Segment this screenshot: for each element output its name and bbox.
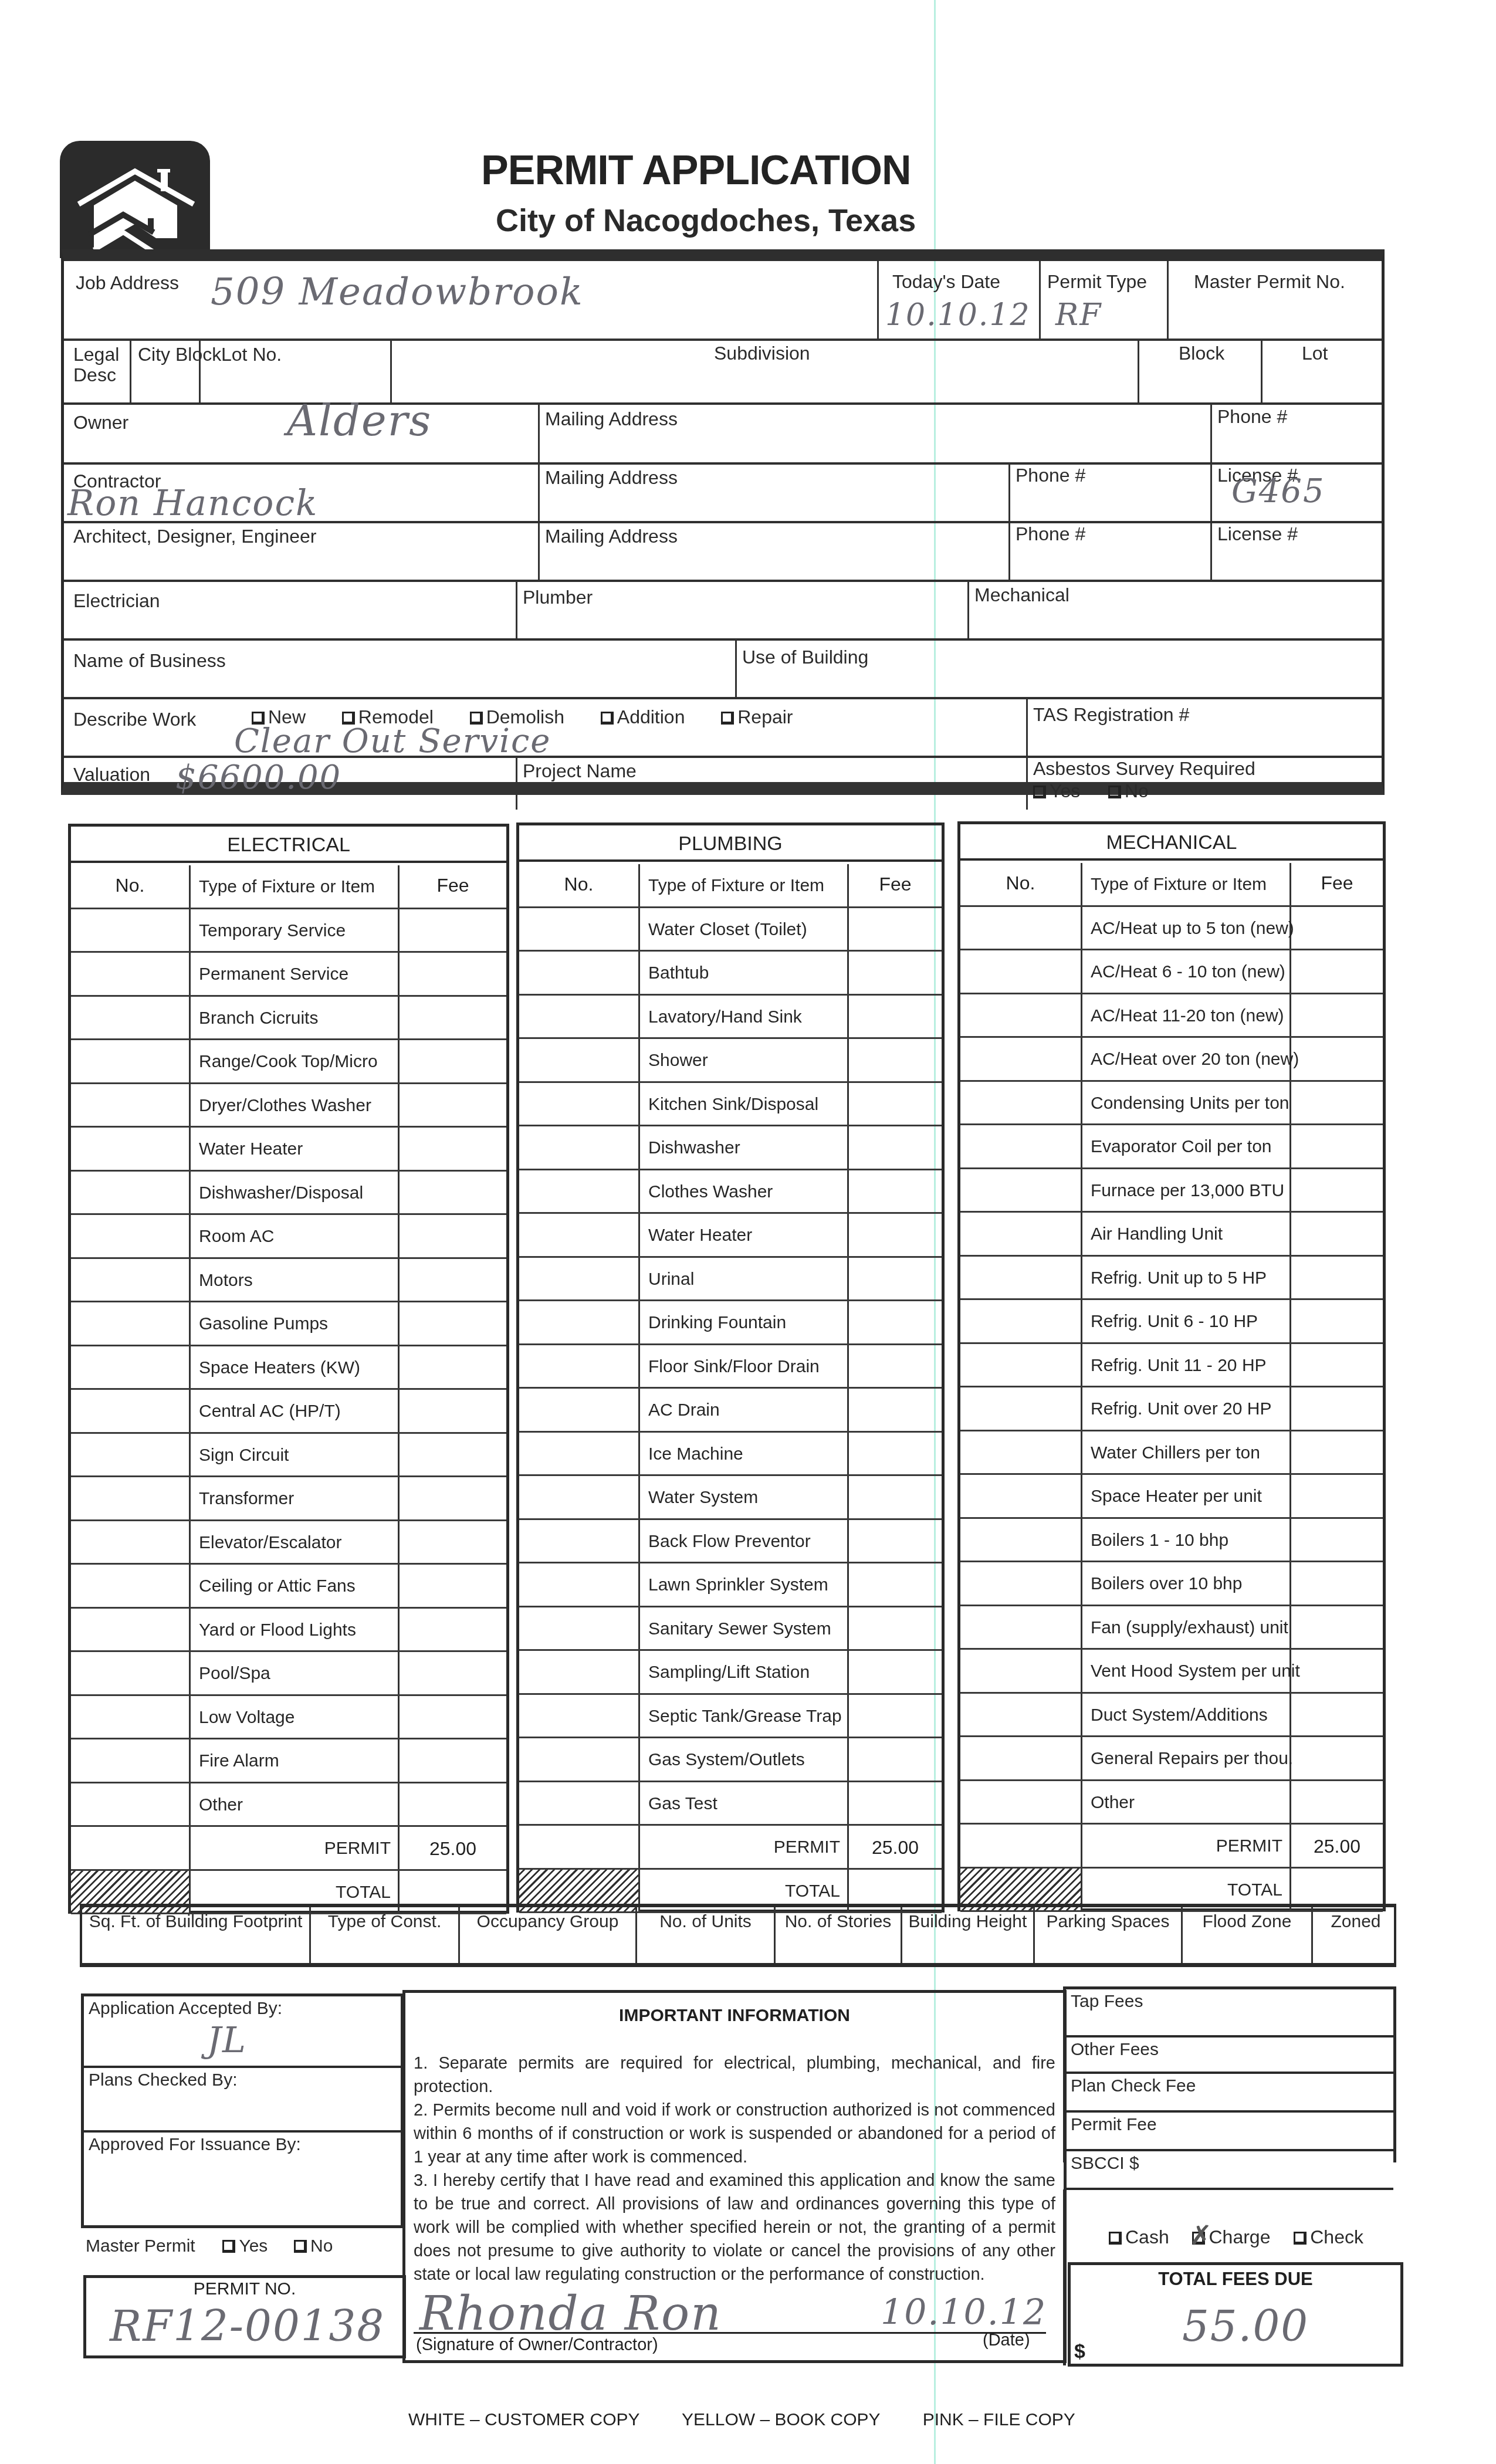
item-count-field[interactable] (519, 1607, 640, 1650)
city-logo (60, 141, 210, 258)
table-row: Central AC (HP/T) (71, 1390, 506, 1434)
todays-date-value[interactable]: 10.10.12 (885, 297, 1031, 333)
permit-no-value[interactable]: RF12-00138 (110, 2301, 385, 2351)
item-fee-field[interactable] (400, 1172, 506, 1214)
building-info-field[interactable]: Zoned (1313, 1907, 1399, 1963)
use-of-building-label: Use of Building (742, 647, 868, 668)
item-fee-field[interactable] (400, 953, 506, 995)
plan-check-fee-label: Plan Check Fee (1071, 2076, 1196, 2096)
item-count-field[interactable] (960, 1213, 1082, 1255)
info-item-3: 3. I hereby certify that I have read and… (414, 2169, 1055, 2286)
permit-label: PERMIT (640, 1826, 849, 1868)
table-row: Motors (71, 1259, 506, 1303)
fees-box: Tap Fees Other Fees Plan Check Fee Permi… (1063, 1986, 1396, 2162)
item-count-field[interactable] (519, 1651, 640, 1693)
business-name-label: Name of Business (73, 651, 226, 671)
item-fee-field[interactable] (400, 1477, 506, 1519)
table-row: General Repairs per thou. (960, 1737, 1383, 1781)
item-count-field[interactable] (71, 1609, 191, 1651)
signature-date-value[interactable]: 10.10.12 (881, 2292, 1047, 2333)
table-row: Space Heater per unit (960, 1475, 1383, 1519)
item-fee-field[interactable] (849, 1782, 942, 1825)
item-label: Refrig. Unit 6 - 10 HP (1082, 1300, 1291, 1342)
item-count-field[interactable] (960, 1606, 1082, 1649)
item-label: AC/Heat over 20 ton (new) (1082, 1038, 1291, 1080)
item-count-field[interactable] (71, 1346, 191, 1389)
table-row: Refrig. Unit 6 - 10 HP (960, 1300, 1383, 1344)
item-fee-field[interactable] (849, 1651, 942, 1693)
item-count-field[interactable] (519, 1389, 640, 1431)
building-info-field[interactable]: Sq. Ft. of Building Footprint (82, 1907, 311, 1963)
table-row: AC/Heat up to 5 ton (new) (960, 907, 1383, 951)
item-count-field[interactable] (519, 996, 640, 1038)
table-row: Boilers over 10 bhp (960, 1562, 1383, 1606)
table-row: Dishwasher (519, 1126, 942, 1170)
owner-phone-label: Phone # (1217, 407, 1287, 427)
table-title: ELECTRICAL (71, 827, 506, 863)
item-label: Septic Tank/Grease Trap (640, 1695, 849, 1737)
table-row: Urinal (519, 1258, 942, 1302)
item-label: Water Heater (640, 1214, 849, 1256)
table-row: Floor Sink/Floor Drain (519, 1345, 942, 1389)
building-info-field[interactable]: Flood Zone (1183, 1907, 1313, 1963)
permit-label: PERMIT (1082, 1825, 1291, 1867)
checkbox-master-yes[interactable]: Yes (222, 2236, 268, 2256)
item-fee-field[interactable] (849, 1607, 942, 1650)
item-fee-field[interactable] (400, 1128, 506, 1170)
item-fee-field[interactable] (1291, 1694, 1383, 1736)
item-label: Refrig. Unit 11 - 20 HP (1082, 1344, 1291, 1386)
table-row: PERMIT25.00 (71, 1827, 506, 1871)
table-row: Septic Tank/Grease Trap (519, 1695, 942, 1739)
item-count-field[interactable] (960, 1082, 1082, 1124)
master-permit-label: Master Permit (86, 2236, 195, 2256)
item-label: Water Heater (191, 1128, 400, 1170)
city-block-label: City Block (138, 344, 221, 365)
building-info-label: Occupancy Group (477, 1912, 619, 1931)
item-label: Kitchen Sink/Disposal (640, 1083, 849, 1125)
item-fee-field[interactable] (1291, 1344, 1383, 1386)
item-fee-field[interactable] (1291, 1213, 1383, 1255)
table-row: Water Chillers per ton (960, 1431, 1383, 1475)
item-fee-field[interactable] (400, 1346, 506, 1389)
table-row: Water Heater (519, 1214, 942, 1258)
item-count-field[interactable] (71, 1040, 191, 1082)
building-info-label: Type of Const. (328, 1912, 441, 1931)
item-label: Sanitary Sewer System (640, 1607, 849, 1650)
item-fee-field[interactable] (1291, 1606, 1383, 1649)
item-count-field[interactable] (71, 1259, 191, 1301)
item-count-field[interactable] (519, 1520, 640, 1562)
info-item-1: 1. Separate permits are required for ele… (414, 2052, 1055, 2099)
item-fee-field[interactable] (400, 1215, 506, 1257)
item-fee-field[interactable] (849, 1083, 942, 1125)
item-fee-field[interactable] (1291, 1781, 1383, 1823)
item-fee-field[interactable] (400, 997, 506, 1039)
accepted-by-value[interactable]: JL (207, 2020, 247, 2061)
item-fee-field[interactable] (1291, 1169, 1383, 1211)
item-count-field[interactable] (960, 1650, 1082, 1692)
item-count-field[interactable] (519, 1695, 640, 1737)
table-row: Back Flow Preventor (519, 1520, 942, 1564)
item-count-field[interactable] (71, 1739, 191, 1782)
item-count-field[interactable] (960, 1038, 1082, 1080)
job-address-label: Job Address (76, 273, 179, 293)
table-row: Kitchen Sink/Disposal (519, 1083, 942, 1127)
item-label: Back Flow Preventor (640, 1520, 849, 1562)
asbestos-label: Asbestos Survey Required (1033, 759, 1255, 779)
table-row: Water System (519, 1476, 942, 1520)
table-row: Bathtub (519, 952, 942, 996)
item-count-field[interactable] (519, 1433, 640, 1475)
describe-work-label: Describe Work (73, 709, 196, 730)
item-label: Low Voltage (191, 1696, 400, 1738)
table-row: Transformer (71, 1477, 506, 1521)
item-fee-field[interactable] (849, 1170, 942, 1213)
item-label: Drinking Fountain (640, 1301, 849, 1343)
item-fee-field[interactable] (849, 1126, 942, 1169)
table-row: Gas System/Outlets (519, 1738, 942, 1782)
item-count-field[interactable] (71, 1172, 191, 1214)
checkbox-asbestos-yes[interactable]: Yes (1033, 780, 1080, 801)
checkbox-addition[interactable]: Addition (601, 706, 685, 727)
item-count-field[interactable] (519, 1039, 640, 1081)
legal-desc-label: Legal Desc (73, 344, 114, 385)
item-label: Lavatory/Hand Sink (640, 996, 849, 1038)
table-row: Other (960, 1781, 1383, 1825)
item-label: AC/Heat 11-20 ton (new) (1082, 994, 1291, 1037)
item-fee-field[interactable] (849, 1214, 942, 1256)
item-fee-field[interactable] (849, 908, 942, 950)
contractor-value[interactable]: Ron Hancock (67, 483, 318, 524)
item-fee-field[interactable] (1291, 907, 1383, 949)
item-fee-field[interactable] (1291, 1737, 1383, 1779)
item-fee-field[interactable] (849, 1345, 942, 1387)
item-fee-field[interactable] (400, 909, 506, 952)
owner-mailing-label: Mailing Address (545, 409, 678, 429)
fixture-table-electrical: ELECTRICALNo.Type of Fixture or ItemFeeT… (68, 824, 509, 1914)
item-fee-field[interactable] (400, 1084, 506, 1126)
item-count-field[interactable] (71, 909, 191, 952)
item-count-field[interactable] (519, 908, 640, 950)
building-info-label: Sq. Ft. of Building Footprint (89, 1912, 303, 1931)
checkbox-check[interactable]: Check (1294, 2226, 1363, 2248)
item-count-field[interactable] (71, 1128, 191, 1170)
permit-type-value[interactable]: RF (1055, 297, 1102, 333)
col-item-header: Type of Fixture or Item (1082, 863, 1291, 905)
building-info-field[interactable]: Building Height (902, 1907, 1035, 1963)
item-label: Motors (191, 1259, 400, 1301)
item-fee-field[interactable] (1291, 1431, 1383, 1474)
table-row: Lavatory/Hand Sink (519, 996, 942, 1040)
table-row: Refrig. Unit over 20 HP (960, 1387, 1383, 1431)
permit-no-label: PERMIT NO. (86, 2279, 403, 2299)
item-count-field[interactable] (519, 1214, 640, 1256)
col-item-header: Type of Fixture or Item (191, 865, 400, 908)
item-fee-field[interactable] (400, 1302, 506, 1345)
item-fee-field[interactable] (400, 1521, 506, 1563)
item-label: Ice Machine (640, 1433, 849, 1475)
item-count-field[interactable] (960, 950, 1082, 993)
item-label: Duct System/Additions (1082, 1694, 1291, 1736)
checkbox-charge[interactable]: ✗Charge (1192, 2226, 1270, 2248)
architect-label: Architect, Designer, Engineer (73, 526, 316, 547)
building-info-label: No. of Units (659, 1912, 752, 1931)
permit-fee-value[interactable]: 25.00 (400, 1827, 506, 1869)
checkbox-cash[interactable]: Cash (1109, 2226, 1169, 2248)
checkbox-repair[interactable]: Repair (721, 706, 793, 727)
item-count-field[interactable] (71, 1084, 191, 1126)
office-approvals: Application Accepted By: JL Plans Checke… (81, 1993, 404, 2228)
item-label: Fire Alarm (191, 1739, 400, 1782)
item-count-field[interactable] (960, 1300, 1082, 1342)
col-no-header: No. (960, 863, 1082, 905)
checkbox-asbestos-no[interactable]: No (1108, 780, 1149, 801)
describe-work-value[interactable]: Clear Out Service (234, 722, 551, 760)
building-info-field[interactable]: Type of Const. (311, 1907, 460, 1963)
item-count-field[interactable] (960, 1737, 1082, 1779)
item-count-field[interactable] (71, 1477, 191, 1519)
item-label: Sign Circuit (191, 1434, 400, 1476)
checkbox-master-no[interactable]: No (294, 2236, 333, 2256)
item-count-field[interactable] (960, 1694, 1082, 1736)
item-label: General Repairs per thou. (1082, 1737, 1291, 1779)
item-count-field[interactable] (519, 1476, 640, 1518)
item-fee-field[interactable] (849, 1389, 942, 1431)
table-row: Furnace per 13,000 BTU (960, 1169, 1383, 1213)
building-info-label: Zoned (1331, 1912, 1380, 1931)
table-row: Sanitary Sewer System (519, 1607, 942, 1651)
item-label: Fan (supply/exhaust) unit (1082, 1606, 1291, 1649)
table-row: AC Drain (519, 1389, 942, 1433)
item-fee-field[interactable] (849, 1258, 942, 1300)
item-fee-field[interactable] (849, 1039, 942, 1081)
item-count-field[interactable] (519, 1782, 640, 1825)
architect-license-label: License # (1217, 524, 1298, 544)
item-fee-field[interactable] (400, 1609, 506, 1651)
item-fee-field[interactable] (1291, 1475, 1383, 1517)
table-row: Elevator/Escalator (71, 1521, 506, 1565)
item-count-field[interactable] (71, 1302, 191, 1345)
item-fee-field[interactable] (849, 1695, 942, 1737)
table-row: Clothes Washer (519, 1170, 942, 1214)
item-fee-field[interactable] (849, 952, 942, 994)
table-header-row: No.Type of Fixture or ItemFee (960, 863, 1383, 907)
item-label: Refrig. Unit up to 5 HP (1082, 1257, 1291, 1299)
project-name-label: Project Name (523, 761, 637, 781)
currency-symbol: $ (1074, 2340, 1085, 2363)
item-fee-field[interactable] (400, 1783, 506, 1826)
item-label: Transformer (191, 1477, 400, 1519)
item-label: Water Chillers per ton (1082, 1431, 1291, 1474)
item-fee-field[interactable] (1291, 950, 1383, 993)
payment-options: Cash ✗Charge Check (1109, 2227, 1363, 2248)
fixture-table-mechanical: MECHANICALNo.Type of Fixture or ItemFeeA… (957, 821, 1386, 1911)
permit-fee-value[interactable]: 25.00 (849, 1826, 942, 1868)
item-fee-field[interactable] (849, 1738, 942, 1781)
yellow-copy-label: YELLOW – BOOK COPY (682, 2410, 880, 2429)
table-row: Fan (supply/exhaust) unit (960, 1606, 1383, 1650)
table-row: AC/Heat 11-20 ton (new) (960, 994, 1383, 1038)
item-fee-field[interactable] (1291, 1650, 1383, 1692)
item-fee-field[interactable] (400, 1652, 506, 1694)
permit-count-field (71, 1827, 191, 1869)
item-count-field[interactable] (71, 1521, 191, 1563)
item-count-field[interactable] (71, 1215, 191, 1257)
owner-value[interactable]: Alders (287, 396, 432, 445)
item-label: AC/Heat up to 5 ton (new) (1082, 907, 1291, 949)
item-count-field[interactable] (960, 1781, 1082, 1823)
item-label: Gas Test (640, 1782, 849, 1825)
item-fee-field[interactable] (1291, 1257, 1383, 1299)
item-count-field[interactable] (71, 997, 191, 1039)
item-count-field[interactable] (960, 994, 1082, 1037)
building-info-field[interactable]: Occupancy Group (460, 1907, 637, 1963)
contractor-license-value[interactable]: G465 (1231, 472, 1325, 510)
table-header-row: No.Type of Fixture or ItemFee (519, 864, 942, 908)
item-count-field[interactable] (519, 1083, 640, 1125)
item-label: Vent Hood System per unit (1082, 1650, 1291, 1692)
item-fee-field[interactable] (400, 1040, 506, 1082)
item-fee-field[interactable] (400, 1565, 506, 1607)
table-row: Ice Machine (519, 1433, 942, 1477)
building-info-field[interactable]: No. of Stories (776, 1907, 902, 1963)
item-label: Dishwasher (640, 1126, 849, 1169)
building-info-strip: Sq. Ft. of Building FootprintType of Con… (80, 1904, 1396, 1967)
item-count-field[interactable] (960, 907, 1082, 949)
item-label: Ceiling or Attic Fans (191, 1565, 400, 1607)
table-row: Sampling/Lift Station (519, 1651, 942, 1695)
item-fee-field[interactable] (849, 1563, 942, 1606)
item-count-field[interactable] (71, 1783, 191, 1826)
item-fee-field[interactable] (849, 1476, 942, 1518)
item-label: Space Heater per unit (1082, 1475, 1291, 1517)
valuation-value[interactable]: $6600.00 (175, 759, 341, 797)
item-label: Shower (640, 1039, 849, 1081)
accepted-by-label: Application Accepted By: (89, 1999, 282, 2018)
item-count-field[interactable] (960, 1431, 1082, 1474)
item-fee-field[interactable] (1291, 994, 1383, 1037)
item-label: Gas System/Outlets (640, 1738, 849, 1781)
item-fee-field[interactable] (400, 1259, 506, 1301)
item-fee-field[interactable] (849, 996, 942, 1038)
col-fee-header: Fee (1291, 863, 1383, 905)
item-fee-field[interactable] (849, 1520, 942, 1562)
item-count-field[interactable] (519, 1345, 640, 1387)
item-count-field[interactable] (71, 1390, 191, 1432)
lot-no-label: Lot No. (221, 344, 282, 365)
table-row: Low Voltage (71, 1696, 506, 1740)
building-info-field[interactable]: No. of Units (637, 1907, 776, 1963)
item-fee-field[interactable] (1291, 1082, 1383, 1124)
item-fee-field[interactable] (1291, 1300, 1383, 1342)
building-info-field[interactable]: Parking Spaces (1035, 1907, 1183, 1963)
item-label: Sampling/Lift Station (640, 1651, 849, 1693)
table-row: AC/Heat 6 - 10 ton (new) (960, 950, 1383, 994)
permit-fee-value[interactable]: 25.00 (1291, 1825, 1383, 1867)
item-count-field[interactable] (519, 1126, 640, 1169)
item-fee-field[interactable] (400, 1390, 506, 1432)
table-row: Branch Cicruits (71, 997, 506, 1041)
table-row: Evaporator Coil per ton (960, 1125, 1383, 1169)
permit-count-field (519, 1826, 640, 1868)
form-title: PERMIT APPLICATION (481, 147, 911, 194)
item-count-field[interactable] (960, 1344, 1082, 1386)
table-row: Condensing Units per ton (960, 1082, 1383, 1126)
item-count-field[interactable] (71, 1565, 191, 1607)
item-label: Yard or Flood Lights (191, 1609, 400, 1651)
signature-label: (Signature of Owner/Contractor) (416, 2336, 658, 2355)
table-row: Dishwasher/Disposal (71, 1172, 506, 1216)
table-title: MECHANICAL (960, 824, 1383, 861)
tas-registration-label: TAS Registration # (1033, 705, 1189, 725)
item-fee-field[interactable] (400, 1739, 506, 1782)
permit-label: PERMIT (191, 1827, 400, 1869)
item-fee-field[interactable] (1291, 1519, 1383, 1561)
tap-fees-label: Tap Fees (1071, 1992, 1143, 2011)
item-label: Range/Cook Top/Micro (191, 1040, 400, 1082)
item-label: Permanent Service (191, 953, 400, 995)
item-fee-field[interactable] (1291, 1387, 1383, 1430)
permit-no-box: PERMIT NO. RF12-00138 (83, 2275, 406, 2358)
total-fees-due-label: TOTAL FEES DUE (1071, 2269, 1400, 2290)
table-row: Other (71, 1783, 506, 1827)
item-fee-field[interactable] (1291, 1562, 1383, 1605)
item-count-field[interactable] (960, 1475, 1082, 1517)
item-count-field[interactable] (960, 1125, 1082, 1167)
building-info-label: Flood Zone (1203, 1912, 1292, 1931)
mechanical-label: Mechanical (974, 585, 1069, 605)
item-count-field[interactable] (960, 1562, 1082, 1605)
item-count-field[interactable] (71, 1434, 191, 1476)
item-count-field[interactable] (519, 1301, 640, 1343)
item-count-field[interactable] (71, 953, 191, 995)
item-count-field[interactable] (960, 1387, 1082, 1430)
item-fee-field[interactable] (400, 1696, 506, 1738)
table-row: Yard or Flood Lights (71, 1609, 506, 1653)
item-fee-field[interactable] (1291, 1125, 1383, 1167)
item-fee-field[interactable] (849, 1301, 942, 1343)
item-fee-field[interactable] (400, 1434, 506, 1476)
form-subtitle: City of Nacogdoches, Texas (496, 202, 916, 239)
item-count-field[interactable] (71, 1652, 191, 1694)
lot-label: Lot (1302, 343, 1328, 364)
table-row: AC/Heat over 20 ton (new) (960, 1038, 1383, 1082)
total-fees-due-value[interactable]: 55.00 (1182, 2301, 1309, 2351)
item-fee-field[interactable] (1291, 1038, 1383, 1080)
table-header-row: No.Type of Fixture or ItemFee (71, 865, 506, 909)
item-count-field[interactable] (519, 1258, 640, 1300)
architect-mailing-label: Mailing Address (545, 526, 678, 547)
house-icon (60, 141, 210, 258)
item-count-field[interactable] (519, 1170, 640, 1213)
item-count-field[interactable] (519, 1563, 640, 1606)
item-label: Space Heaters (KW) (191, 1346, 400, 1389)
item-count-field[interactable] (960, 1169, 1082, 1211)
important-information: IMPORTANT INFORMATION 1. Separate permit… (402, 1990, 1067, 2363)
table-row: Gasoline Pumps (71, 1302, 506, 1346)
item-count-field[interactable] (519, 952, 640, 994)
item-fee-field[interactable] (849, 1433, 942, 1475)
item-count-field[interactable] (71, 1696, 191, 1738)
col-no-header: No. (71, 865, 191, 908)
job-address-value[interactable]: 509 Meadowbrook (211, 270, 584, 314)
table-row: Pool/Spa (71, 1652, 506, 1696)
item-count-field[interactable] (960, 1519, 1082, 1561)
item-count-field[interactable] (960, 1257, 1082, 1299)
item-count-field[interactable] (519, 1738, 640, 1781)
table-row: Water Closet (Toilet) (519, 908, 942, 952)
